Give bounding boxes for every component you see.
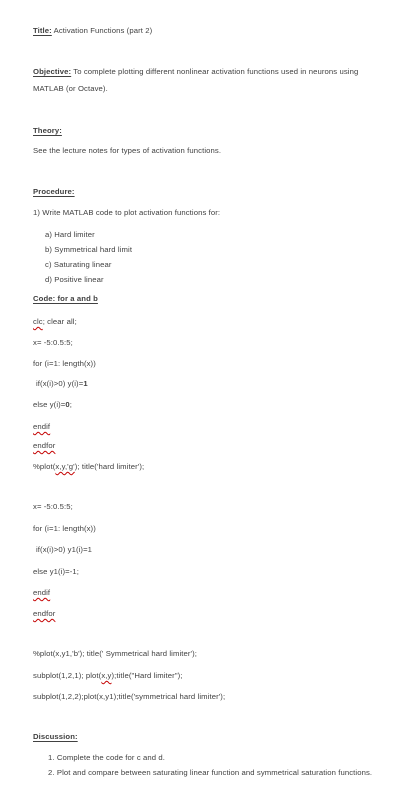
misspelled-word-endfor-2: endfor (33, 609, 55, 618)
procedure-step-text: 1) Write MATLAB code to plot activation … (33, 208, 220, 217)
code1-line-for: for (i=1: length(x)) (33, 359, 96, 369)
misspelled-word-clc: clc (33, 317, 43, 326)
subplot1-pre: subplot(1,2,1); plot( (33, 671, 101, 680)
document-page: Title: Activation Functions (part 2) Obj… (0, 0, 414, 800)
discussion-heading: Discussion: (33, 732, 78, 742)
code1-line-x-range: x= -5:0.5:5; (33, 338, 73, 348)
code2-else-text: else y1(i)=-1; (33, 567, 79, 576)
code1-line-clc: clc; clear all; (33, 317, 77, 327)
objective-text-1: To complete plotting different nonlinear… (71, 67, 358, 76)
code1-for-text: for (i=1: length(x)) (33, 359, 96, 368)
procedure-item-d-text: d) Positive linear (45, 275, 104, 284)
code1-if-pre: if(x(i)>0) y(i)= (36, 379, 83, 388)
procedure-item-b-text: b) Symmetrical hard limit (45, 245, 132, 254)
objective-text-2: MATLAB (or Octave). (33, 84, 108, 93)
code1-line-else: else y(i)=0; (33, 400, 72, 410)
title-text: Activation Functions (part 2) (52, 26, 152, 35)
misspelled-args-subplot1: x,y (101, 671, 111, 680)
procedure-item-c: c) Saturating linear (45, 260, 112, 270)
discussion-label: Discussion: (33, 732, 78, 741)
code2-x-range-text: x= -5:0.5:5; (33, 502, 73, 511)
title-label: Title: (33, 26, 52, 35)
theory-heading: Theory: (33, 126, 62, 136)
code1-line-if: if(x(i)>0) y(i)=1 (36, 379, 88, 389)
code1-if-value: 1 (83, 379, 87, 388)
procedure-item-a-text: a) Hard limiter (45, 230, 95, 239)
title-line: Title: Activation Functions (part 2) (33, 26, 152, 36)
code2-line-x-range: x= -5:0.5:5; (33, 502, 73, 512)
discussion-item-2-text: 2. Plot and compare between saturating l… (48, 768, 372, 777)
code2-for-text: for (i=1: length(x)) (33, 524, 96, 533)
procedure-item-a: a) Hard limiter (45, 230, 95, 240)
code1-else-post: ; (70, 400, 72, 409)
code2-line-if: if(x(i)>0) y1(i)=1 (36, 545, 92, 555)
subplot1-post: );title("Hard limiter"); (111, 671, 182, 680)
subplot2-text: subplot(1,2,2);plot(x,y1);title('symmetr… (33, 692, 225, 701)
misspelled-word-endif-1: endif (33, 422, 50, 431)
procedure-item-b: b) Symmetrical hard limit (45, 245, 132, 255)
procedure-item-d: d) Positive linear (45, 275, 104, 285)
objective-line-1: Objective: To complete plotting differen… (33, 67, 358, 77)
procedure-step-1: 1) Write MATLAB code to plot activation … (33, 208, 220, 218)
code1-clc-rest: ; clear all; (43, 317, 77, 326)
code2-line-endif: endif (33, 588, 50, 598)
misspelled-word-endfor-1: endfor (33, 441, 55, 450)
discussion-item-1-text: 1. Complete the code for c and d. (48, 753, 165, 762)
code1-line-endif: endif (33, 422, 50, 432)
code2-line-for: for (i=1: length(x)) (33, 524, 96, 534)
objective-line-2: MATLAB (or Octave). (33, 84, 108, 94)
plot2-text: %plot(x,y1,'b'); title(' Symmetrical har… (33, 649, 197, 658)
misspelled-args-plot1: x,y,'g' (55, 462, 74, 471)
plot1-pre: %plot( (33, 462, 55, 471)
subplot-line-2: subplot(1,2,2);plot(x,y1);title('symmetr… (33, 692, 225, 702)
objective-label: Objective: (33, 67, 71, 76)
procedure-heading: Procedure: (33, 187, 75, 197)
code2-if-text: if(x(i)>0) y1(i)=1 (36, 545, 92, 554)
code1-line-endfor: endfor (33, 441, 55, 451)
code-heading-text: Code: for a and b (33, 294, 98, 303)
subplot-line-1: subplot(1,2,1); plot(x,y);title("Hard li… (33, 671, 183, 681)
discussion-item-1: 1. Complete the code for c and d. (48, 753, 165, 763)
theory-label: Theory: (33, 126, 62, 135)
code-heading: Code: for a and b (33, 294, 98, 304)
discussion-item-2: 2. Plot and compare between saturating l… (48, 768, 372, 778)
plot-comment-hard-limiter: %plot(x,y,'g'); title('hard limiter'); (33, 462, 144, 472)
procedure-label: Procedure: (33, 187, 75, 196)
misspelled-word-endif-2: endif (33, 588, 50, 597)
code1-x-range-text: x= -5:0.5:5; (33, 338, 73, 347)
code2-line-else: else y1(i)=-1; (33, 567, 79, 577)
plot-comment-symmetrical: %plot(x,y1,'b'); title(' Symmetrical har… (33, 649, 197, 659)
procedure-item-c-text: c) Saturating linear (45, 260, 112, 269)
code2-line-endfor: endfor (33, 609, 55, 619)
theory-text: See the lecture notes for types of activ… (33, 146, 221, 155)
code1-else-pre: else y(i)= (33, 400, 65, 409)
theory-note: See the lecture notes for types of activ… (33, 146, 221, 156)
plot1-post: ); title('hard limiter'); (75, 462, 145, 471)
